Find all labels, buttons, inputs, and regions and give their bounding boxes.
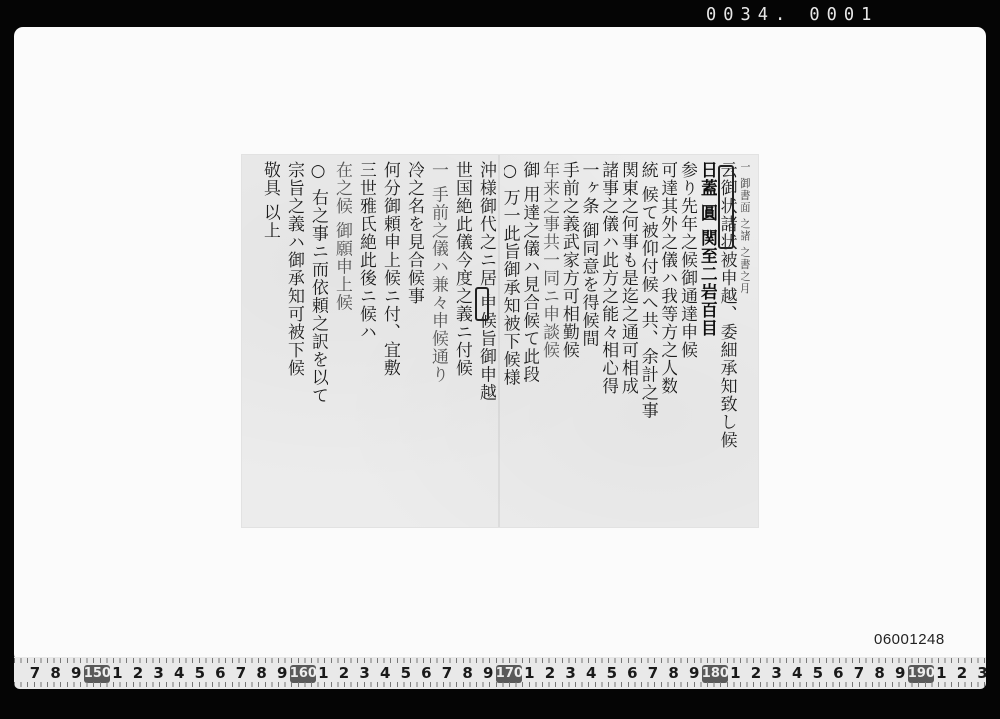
- ruler-labels: 7891501234567891601234567891701234567891…: [14, 664, 986, 684]
- ruler-label: 1: [519, 664, 539, 682]
- manuscript-column: 関東之何事も是迄之通可相成: [622, 161, 638, 517]
- paper-fold-line: [498, 155, 500, 527]
- ruler-label: 3: [973, 664, 986, 682]
- ruler-label: 5: [808, 664, 828, 682]
- ruler-label: 2: [746, 664, 766, 682]
- manuscript-column: 年来之事共一同ニ申談候: [543, 161, 559, 517]
- manuscript-column: ○ 万一此旨御承知被下候様: [504, 161, 520, 517]
- ruler-label: 7: [437, 664, 457, 682]
- manuscript-column: 三世雅氏絶此後ニ候ハ: [356, 161, 376, 517]
- ruler-label: 1: [107, 664, 127, 682]
- ruler-label: 160: [290, 665, 316, 683]
- ruler-label: 7: [643, 664, 663, 682]
- ruler-label: 170: [496, 665, 522, 683]
- ruler-label: 4: [169, 664, 189, 682]
- seal-box-mark: [475, 287, 489, 321]
- catalog-id: 06001248: [874, 631, 945, 648]
- ruler-label: 180: [702, 665, 728, 683]
- ruler-label: 5: [396, 664, 416, 682]
- ruler-label: 3: [149, 664, 169, 682]
- ruler-label: 1: [931, 664, 951, 682]
- ruler-label: 4: [375, 664, 395, 682]
- ruler-label: 4: [581, 664, 601, 682]
- ruler-label: 8: [252, 664, 272, 682]
- ruler-label: 1: [725, 664, 745, 682]
- manuscript-column: 敬具 以上: [260, 161, 280, 517]
- ruler-label: 5: [602, 664, 622, 682]
- manuscript-column: 参り先年之候御通達申候: [681, 161, 697, 517]
- ruler-label: 2: [952, 664, 972, 682]
- manuscript-column: 一 御書面 之諸 之書之月: [741, 161, 750, 517]
- ruler-label: 5: [190, 664, 210, 682]
- ruler-label: 6: [210, 664, 230, 682]
- ruler-label: 6: [828, 664, 848, 682]
- manuscript-column: 手前之義武家方可相勤候: [563, 161, 579, 517]
- ruler-label: 3: [767, 664, 787, 682]
- manuscript-column: 世国絶此儀今度之義ニ付候: [452, 161, 472, 517]
- ruler-label: 2: [128, 664, 148, 682]
- ruler-label: 1: [313, 664, 333, 682]
- manuscript-column: 御 用達之儀ハ見合候て此段: [524, 161, 540, 517]
- seal-box-mark: [718, 165, 734, 249]
- manuscript-left-page: 沖様御代之ニ居 申候旨御申越 世国絶此儀今度之義ニ付候 一 手前之儀ハ兼々申候通…: [250, 161, 496, 517]
- ruler-label: 8: [664, 664, 684, 682]
- manuscript-column: 沖様御代之ニ居 申候旨御申越: [476, 161, 496, 517]
- ruler-label: 2: [540, 664, 560, 682]
- manuscript-column: ○ 右之事ニ而依頼之訳を以て: [308, 161, 328, 517]
- ruler-label: 150: [84, 665, 110, 683]
- ruler-label: 7: [25, 664, 45, 682]
- manuscript-column: 統 候て被仰付候へ共、余計之事: [642, 161, 658, 517]
- ruler-label: 7: [849, 664, 869, 682]
- manuscript-column: 冷之名を見合候事: [404, 161, 424, 517]
- ruler-label: 3: [561, 664, 581, 682]
- manuscript-column: 宗旨之義ハ御承知可被下候: [284, 161, 304, 517]
- ruler-label: 4: [787, 664, 807, 682]
- manuscript-column: 何分御頼申上候ニ付、宜敷: [380, 161, 400, 517]
- ruler-label: 8: [46, 664, 66, 682]
- ruler-label: 6: [416, 664, 436, 682]
- ruler-label: 190: [908, 665, 934, 683]
- manuscript-column: 諸事之儀ハ此方之能々相心得: [603, 161, 619, 517]
- ruler-label: 8: [870, 664, 890, 682]
- manuscript-column: 可達其外之儀ハ我等方之人数: [662, 161, 678, 517]
- manuscript-right-page: 一 御書面 之諸 之書之月 云御状諸状被申越、委細承知致し候 日蓋 圓 関至二岩…: [504, 161, 750, 517]
- manuscript-column: 一 手前之儀ハ兼々申候通り: [428, 161, 448, 517]
- manuscript-column: 日蓋 圓 関至二岩百目: [701, 161, 717, 517]
- ruler-label: 7: [231, 664, 251, 682]
- frame-counter: 0034. 0001: [706, 5, 878, 26]
- manuscript-sheet: 一 御書面 之諸 之書之月 云御状諸状被申越、委細承知致し候 日蓋 圓 関至二岩…: [242, 155, 758, 527]
- ruler-ticks-bottom: [14, 682, 986, 687]
- ruler-label: 3: [355, 664, 375, 682]
- ruler-ticks-top: [14, 658, 986, 663]
- ruler-label: 2: [334, 664, 354, 682]
- ruler-label: 8: [458, 664, 478, 682]
- manuscript-column: 在之候 御願申上候: [332, 161, 352, 517]
- measuring-ruler: 7891501234567891601234567891701234567891…: [14, 657, 986, 689]
- manuscript-column: 一ヶ条 御同意を得候間: [583, 161, 599, 517]
- ruler-label: 6: [622, 664, 642, 682]
